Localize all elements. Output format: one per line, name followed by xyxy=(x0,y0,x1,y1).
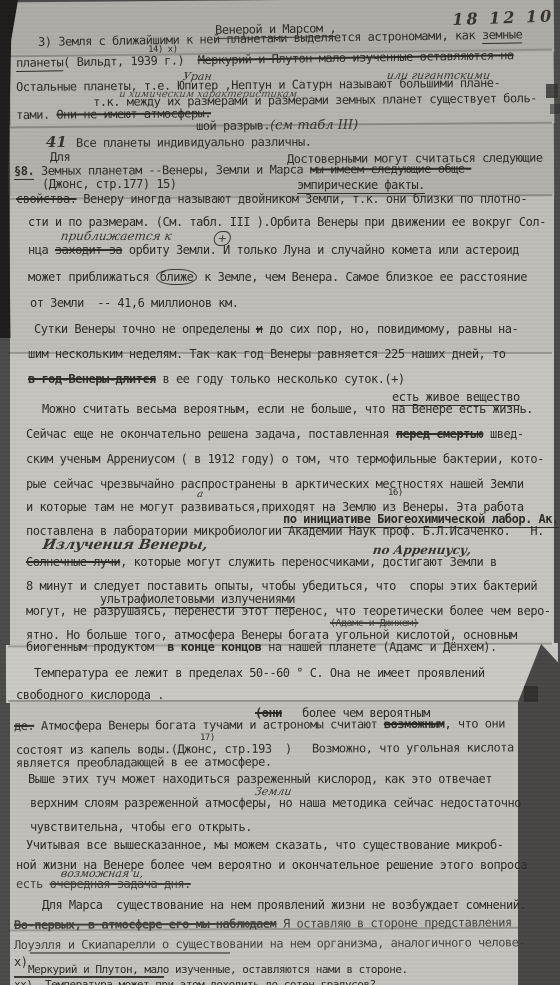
struck-text: Во-первых, в атмосфере его мы наблюдаем xyxy=(14,917,276,932)
typed-line: свойства. Венеру иногда называют двойник… xyxy=(16,192,527,206)
typed-text: Атмосфера Венеры богата тучами и астроно… xyxy=(34,717,384,733)
struck-text: мы имеем следующие обще- xyxy=(310,162,471,177)
typed-line: в год-Венеры-длится в ее году только нес… xyxy=(28,372,405,386)
struck-text: де. xyxy=(14,719,34,733)
typed-text: нца xyxy=(28,243,55,257)
typed-line: рые сейчас чрезвычайно распространены в … xyxy=(26,477,524,491)
struck-text: заходит за xyxy=(55,243,122,257)
typed-line: Лоуэлля и Скиапарелли о существовании на… xyxy=(14,935,525,952)
handwritten-mark: 41 xyxy=(46,133,67,151)
typed-text: Н. xyxy=(530,524,543,538)
typed-line: Сейчас еще не окончательно решена задача… xyxy=(26,427,524,441)
typed-text-bold: в конце концов xyxy=(167,640,261,654)
typed-text: , что они xyxy=(444,716,505,730)
typed-line: Учитывая все вышесказанное, мы можем ска… xyxy=(26,838,503,852)
typed-text: Земных планетам --Венеры, Земли и Марса xyxy=(34,162,310,177)
typed-text: швед- xyxy=(483,427,523,441)
typed-line: биогенным продуктом в конце концов на на… xyxy=(26,640,497,654)
scan-dark-blob xyxy=(524,686,538,702)
typed-line: является преобладающей в ее атмосфере. xyxy=(16,755,272,770)
typed-line: Температура ее лежит в пределах 50--60 °… xyxy=(34,666,485,680)
typed-line: верхним слоям разреженной атмосферы, но … xyxy=(30,796,521,810)
typed-line: Можно считать весьма вероятным, если не … xyxy=(42,402,533,416)
typed-line: может приближаться ближе к Земле, чем Ве… xyxy=(28,270,527,284)
struck-text: и xyxy=(256,322,263,336)
underlined-text: планеты xyxy=(16,55,63,72)
typed-text: ( Вильдт, 1939 г.) xyxy=(63,53,184,69)
struck-text: Они не имеют атмосферы. xyxy=(56,106,211,121)
struck-text: возможным xyxy=(384,717,445,731)
typed-text: Венеру иногда называют двойником Земли, … xyxy=(77,192,528,206)
typed-text: шой разрыв. xyxy=(196,118,270,133)
typed-text: , которые могут служить переносчиками, д… xyxy=(120,555,497,569)
handwritten-date-mark: 18 12 10 xyxy=(452,6,555,29)
typed-line: от Земли -- 41,6 миллионов км. xyxy=(30,296,238,310)
struck-text: в год-Венеры-длится xyxy=(28,372,156,386)
typed-line: §8. Земных планетам --Венеры, Земли и Ма… xyxy=(14,162,471,178)
footnote-ref: 16) xyxy=(388,488,403,498)
typed-text: Сейчас еще не окончательно решена задача… xyxy=(26,427,396,441)
typed-line: Сутки Венеры точно не определены и до си… xyxy=(34,322,518,336)
typed-line: де. Атмосфера Венеры богата тучами и аст… xyxy=(14,716,505,733)
typed-line: шой разрыв.(см табл III) xyxy=(196,118,358,134)
handwritten-correction: Излучения Венеры, xyxy=(41,537,208,553)
circled-text: ближе xyxy=(156,269,198,285)
typed-line: Во-первых, в атмосфере его мы наблюдаем … xyxy=(14,915,512,932)
typed-text: орбиту Земли. И только Луна и случайно к… xyxy=(122,243,519,257)
typed-line: могут, не разрушаясь, перенести этот пер… xyxy=(26,604,551,618)
typed-line: есть очередная задача дня. xyxy=(16,877,191,891)
typed-insertion: эмпирические факты. xyxy=(297,178,425,192)
struck-text: перед смертью xyxy=(396,427,483,441)
typed-line: Выше этих туч может находиться разреженн… xyxy=(28,772,492,786)
struck-text: очередная задача дня. xyxy=(50,877,191,891)
underlined-text: земные xyxy=(482,27,523,44)
footnote-line: Температура может при этом доходить до с… xyxy=(45,978,376,985)
typed-line: 8 минут и следует поставить опыты, чтобы… xyxy=(26,579,537,593)
handwritten-correction: приближается к xyxy=(60,229,173,243)
typed-line: Все планеты индивидуально различны. xyxy=(76,135,311,150)
typed-line: ским ученым Аррениусом ( в 1912 году) о … xyxy=(26,452,544,466)
typed-text: есть xyxy=(16,877,50,891)
scan-dark-blob xyxy=(546,84,558,98)
typed-line: сти и по размерам. (См. табл. III ).Орби… xyxy=(28,215,546,229)
footnote-line: Меркурий и Плутон, мало изученные, остав… xyxy=(28,963,408,976)
typed-text: Я оставляю в стороне представления xyxy=(276,915,511,930)
typed-text: Сутки Венеры точно не определены xyxy=(34,322,256,336)
typed-line: Для Марса существование на нем проявлени… xyxy=(42,898,526,912)
typed-text: может приближаться xyxy=(28,270,156,284)
typed-line: поставлена в лаборатории микробиологии А… xyxy=(26,524,544,538)
typed-text: на нашей планете (Адамс и Дёнхем). xyxy=(261,640,496,654)
section-mark: §8. xyxy=(14,164,34,180)
typed-text: поставлена в лаборатории микробиологии А… xyxy=(26,524,510,538)
typed-text: биогенным продуктом xyxy=(26,640,167,654)
typed-text: к Земле, чем Венера. Самое близкое ее ра… xyxy=(197,270,527,284)
typed-line: (Джонс, стр.177) 15) xyxy=(42,177,177,191)
typed-line: тами. Они не имеют атмосферы. xyxy=(16,106,211,122)
strike-line xyxy=(30,952,230,954)
footnote-marker: хх) xyxy=(14,978,32,985)
document-scan: 18 12 10 Венерой и Марсом , 3) Земля с б… xyxy=(0,0,560,985)
typed-line: чувствительна, чтобы его открыть. xyxy=(30,820,252,834)
typed-text: в ее году только несколько суток.(+) xyxy=(156,372,405,386)
typed-line: Для xyxy=(50,150,70,164)
typed-line: нца заходит за орбиту Земли. И только Лу… xyxy=(28,243,519,257)
typed-text: до сих пор, но, повидимому, равны на- xyxy=(263,322,519,336)
struck-text: Солнечные лучи xyxy=(26,555,120,569)
typed-line: свободного кислорода . xyxy=(16,688,164,702)
typed-text: тами. xyxy=(16,108,56,122)
footnote-marker: х) xyxy=(14,955,27,969)
paper-strip xyxy=(10,700,520,930)
typed-line: Солнечные лучи, которые могут служить пе… xyxy=(26,555,497,569)
handwritten-note: (см табл III) xyxy=(270,118,358,134)
typed-line: шим нескольким неделям. Так как год Вене… xyxy=(28,347,505,361)
scan-dark-blob xyxy=(550,104,560,114)
typed-text: Возможно, что угольная кислота xyxy=(292,740,514,755)
struck-text: свойства. xyxy=(16,192,77,206)
